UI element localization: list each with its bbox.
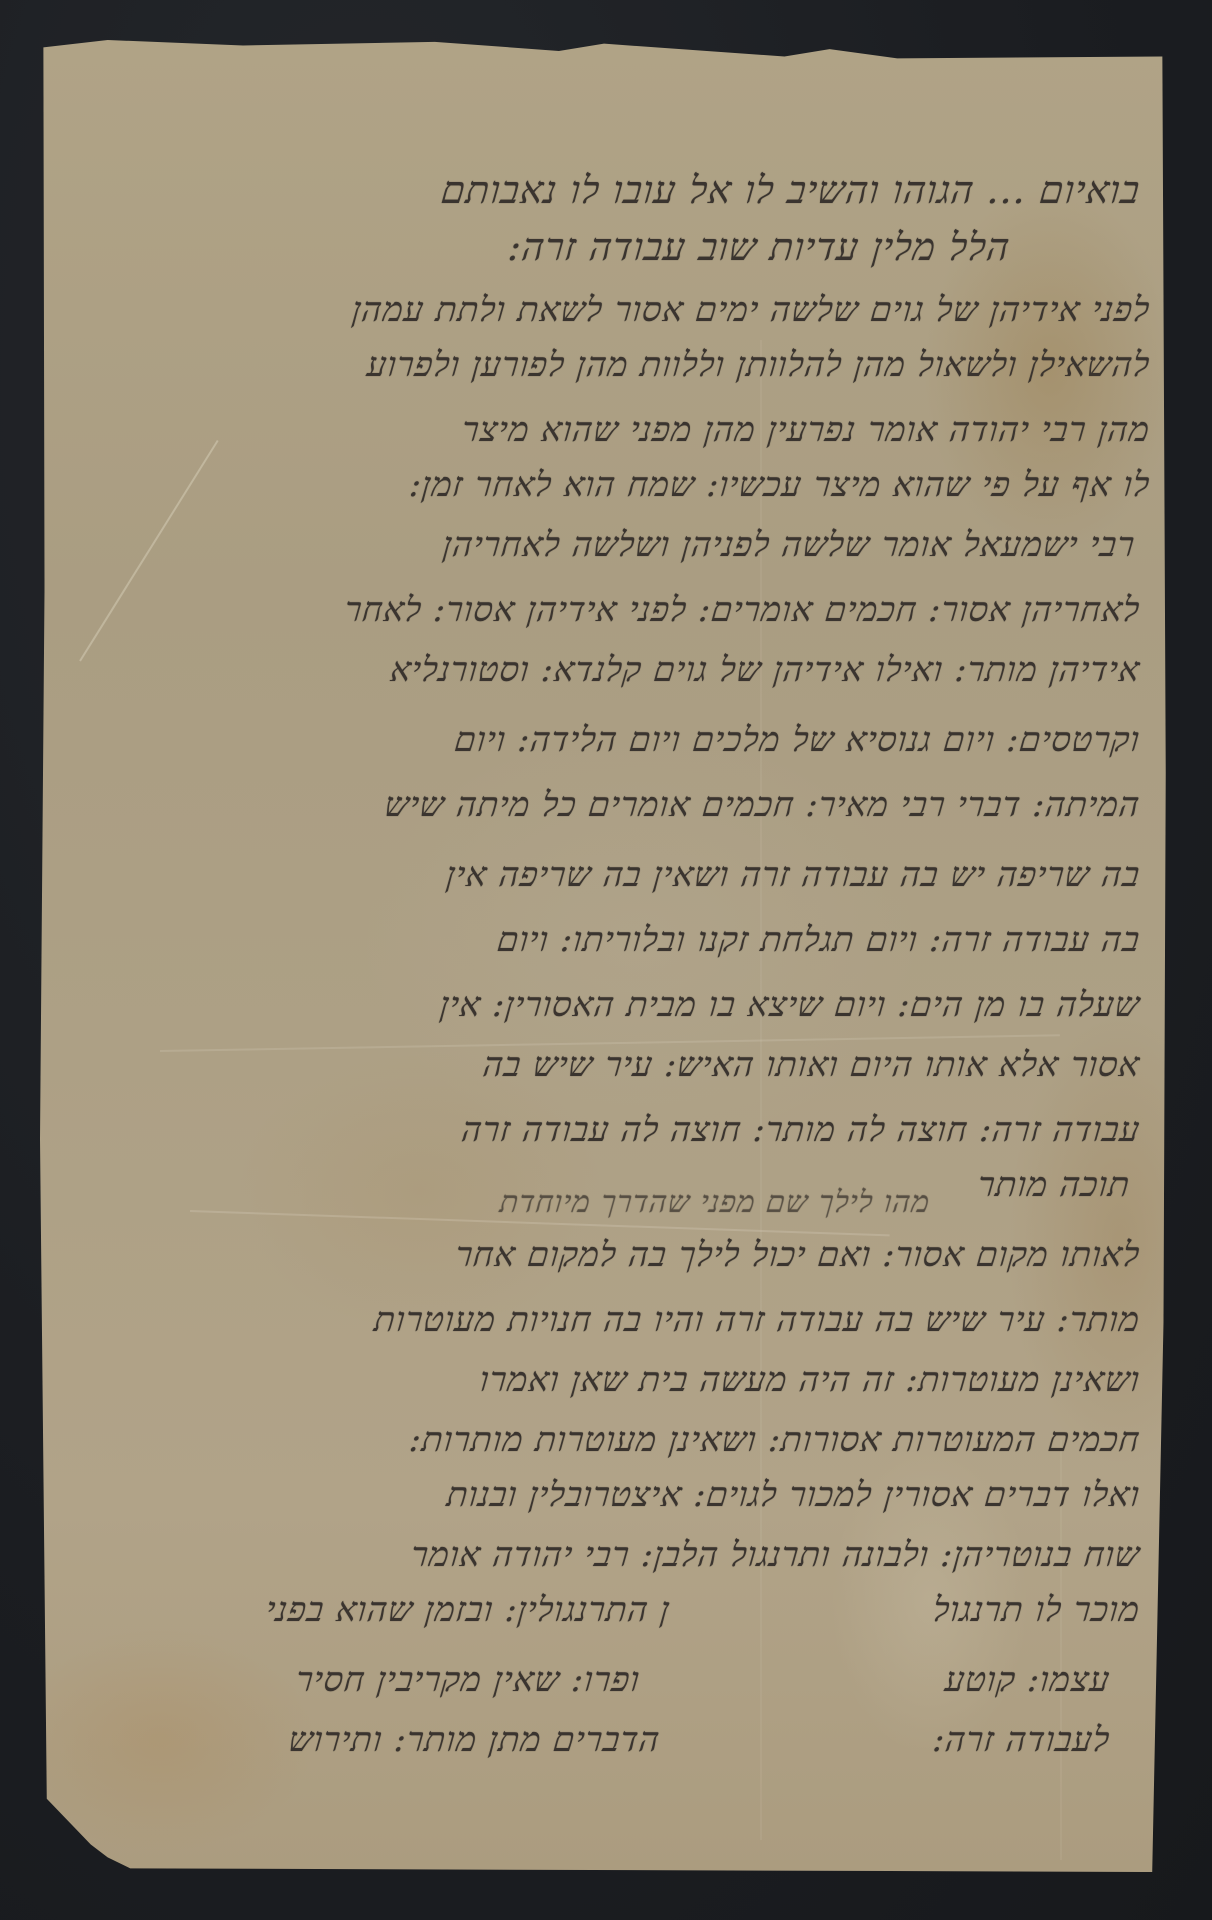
manuscript-line: מותר: עיר שיש בה עבודה זרה והיו בה חנויו… <box>148 1300 1142 1340</box>
manuscript-line: לעבודה זרה: <box>878 1720 1112 1760</box>
manuscript-line: עצמו: קוטע <box>878 1660 1112 1700</box>
scan-background: בואיום ... הגוהו והשיב לו אל עובו לו נאב… <box>0 0 1212 1920</box>
manuscript-line: שוח בנוטריהן: ולבונה ותרנגול הלבן: רבי י… <box>148 1535 1142 1575</box>
manuscript-line: הדברים מתן מותר: ותירוש <box>158 1720 662 1760</box>
manuscript-line: תוכה מותר <box>928 1165 1132 1205</box>
manuscript-line: מהו לילך שם מפני שהדרך מיוחדת <box>148 1185 932 1220</box>
manuscript-line: הלל מלין עדיות שוב עבודה זרה: <box>228 225 1013 270</box>
manuscript-line: בה עבודה זרה: ויום תגלחת זקנו ובלוריתו: … <box>148 920 1142 960</box>
manuscript-line: רבי ישמעאל אומר שלשה לפניהן ושלשה לאחריה… <box>173 525 1137 565</box>
manuscript-line: עבודה זרה: חוצה לה מותר: חוצה לה עבודה ז… <box>148 1110 1142 1150</box>
manuscript-line: ואלו דברים אסורין למכור לגוים: איצטרובלי… <box>148 1475 1142 1515</box>
manuscript-line: חכמים המעוטרות אסורות: ושאינן מעוטרות מו… <box>148 1420 1142 1460</box>
paper-crease <box>760 340 762 1840</box>
manuscript-line: לפני אידיהן של גוים שלשה ימים אסור לשאת … <box>158 290 1152 330</box>
manuscript-line: מוכר לו תרנגול <box>858 1590 1142 1630</box>
manuscript-line: ופרו: שאין מקריבין חסיר <box>168 1660 642 1700</box>
manuscript-line: בואיום ... הגוהו והשיב לו אל עובו לו נאב… <box>198 168 1143 213</box>
manuscript-line: אידיהן מותר: ואילו אידיהן של גוים קלנדא:… <box>148 650 1142 690</box>
manuscript-line: לאותו מקום אסור: ואם יכול לילך בה למקום … <box>148 1235 1142 1275</box>
manuscript-line: ן התרנגולין: ובזמן שהוא בפני <box>148 1590 672 1630</box>
manuscript-line: ושאינן מעוטרות: זה היה מעשה בית שאן ואמר… <box>148 1360 1142 1400</box>
manuscript-line: להשאילן ולשאול מהן להלוותן וללוות מהן לפ… <box>158 345 1152 385</box>
manuscript-line: מהן רבי יהודה אומר נפרעין מהן מפני שהוא … <box>158 410 1152 450</box>
manuscript-line: שעלה בו מן הים: ויום שיצא בו מבית האסורי… <box>148 985 1142 1025</box>
manuscript-line: וקרטסים: ויום גנוסיא של מלכים ויום הלידה… <box>148 720 1142 760</box>
manuscript-line: לאחריהן אסור: חכמים אומרים: לפני אידיהן … <box>148 590 1142 630</box>
manuscript-line: המיתה: דברי רבי מאיר: חכמים אומרים כל מי… <box>148 785 1142 825</box>
manuscript-line: אסור אלא אותו היום ואותו האיש: עיר שיש ב… <box>148 1045 1142 1085</box>
manuscript-line: בה שריפה יש בה עבודה זרה ושאין בה שריפה … <box>148 855 1142 895</box>
manuscript-line: לו אף על פי שהוא מיצר עכשיו: שמח הוא לאח… <box>158 465 1152 505</box>
